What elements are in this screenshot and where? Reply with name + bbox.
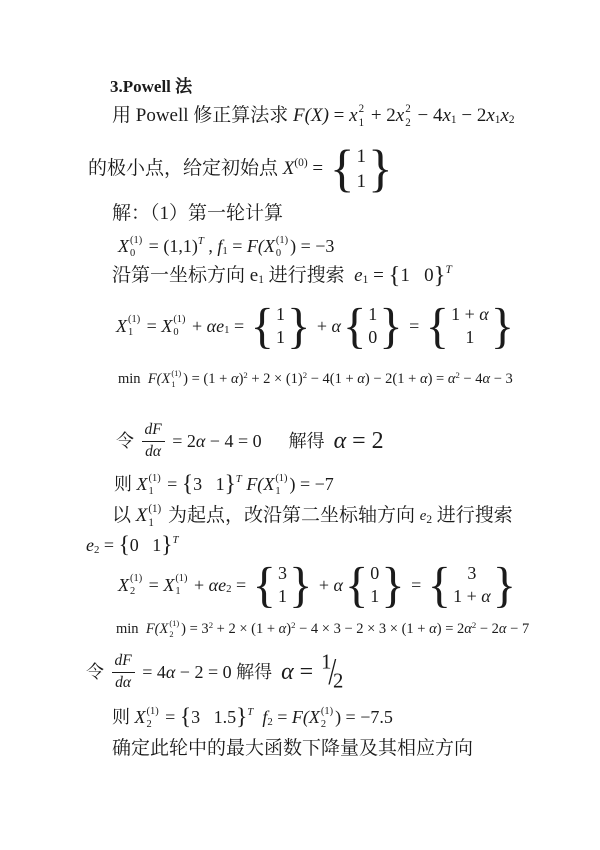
math-var: x — [349, 105, 357, 128]
superscript: 2 — [455, 370, 459, 380]
superscript: (1) — [128, 313, 140, 326]
transpose-superscript: T — [198, 235, 204, 248]
vector-values: 0 1 — [130, 535, 162, 557]
right-brace: } — [289, 562, 312, 609]
left-brace: { — [330, 145, 355, 195]
vector-entry: 0 — [368, 326, 377, 349]
sub-superscript: (1)2 — [130, 572, 142, 598]
math-var: F( — [146, 621, 160, 638]
right-brace: } — [379, 303, 402, 350]
subscript: 1 — [128, 326, 133, 339]
math-text: ) = — [428, 371, 448, 388]
right-brace: } — [491, 303, 514, 350]
vector-entries: 10 — [366, 303, 379, 350]
right-brace: } — [236, 706, 247, 729]
superscript: 2 — [291, 620, 295, 630]
math-var: X — [160, 621, 169, 638]
math-var: X — [136, 505, 148, 528]
transpose-superscript: T — [446, 264, 452, 278]
chinese-text: 则 — [112, 707, 135, 729]
sub-superscript: (1)1 — [128, 313, 140, 339]
math-var: x — [442, 105, 450, 128]
math-var: α — [333, 575, 342, 597]
chinese-text: 进行搜索 — [432, 505, 513, 528]
left-brace: { — [343, 303, 366, 350]
math-var: α — [448, 371, 456, 388]
sub-superscript: (1)0 — [130, 234, 142, 260]
initial-values-line: X(1)0 = (1,1)T , f1 = F(X(1)0) = −3 — [118, 234, 334, 260]
right-brace: } — [434, 264, 446, 289]
subscript: 2 — [169, 630, 173, 641]
subscript: 1 — [258, 274, 264, 288]
alpha-solve-2-line: 令 dFdα = 4α − 2 = 0 解得 α = 1/2 — [86, 650, 343, 695]
sub-superscript: (1)0 — [173, 313, 185, 339]
alpha-solve-1-line: 令 dFdα = 2α − 4 = 0 解得 α = 2 — [116, 420, 384, 463]
chinese-text: 为起点，改沿第二坐标轴方向 — [163, 505, 420, 528]
math-text — [253, 707, 262, 729]
math-var: α — [420, 371, 428, 388]
math-var: e — [86, 535, 94, 557]
math-text: + 2 — [366, 105, 396, 128]
math-var: α — [209, 575, 218, 597]
x1-result-line: 则 X(1)1 = {3 1}T F(X(1)1) = −7 — [114, 472, 334, 498]
vector-entries: 31 + α — [451, 562, 493, 609]
transpose-superscript: T — [236, 473, 242, 486]
math-text: = — [405, 316, 424, 338]
subscript: 2 — [426, 514, 432, 528]
x2-update-equation: X(1)2 = X(1)1 + αe2 = {31} + α{01} = {31… — [118, 562, 518, 609]
math-var: α — [482, 371, 490, 388]
derivative-fraction: dFdα — [112, 651, 135, 694]
derivative-fraction: dFdα — [142, 420, 165, 463]
vector-entry: 0 — [370, 562, 379, 585]
subscript: 1 — [224, 324, 229, 337]
subscript: 2 — [147, 718, 152, 731]
superscript: (1) — [130, 234, 142, 247]
superscript: (1) — [130, 572, 142, 585]
chinese-text: 的极小点，给定初始点 — [88, 158, 283, 181]
superscript: (1) — [147, 705, 159, 718]
math-text: − 3 — [490, 371, 513, 388]
math-var: α — [479, 303, 488, 326]
math-text: ) = 3 — [181, 621, 209, 638]
math-text: + — [314, 575, 333, 597]
math-var: F(X) — [293, 105, 329, 128]
left-brace: { — [426, 303, 449, 350]
math-text: = — [144, 575, 163, 597]
vector-values: 3 1 — [193, 474, 225, 496]
sub-superscript: (1)1 — [171, 369, 181, 390]
math-text: ) = −7.5 — [335, 707, 393, 729]
math-text: + — [312, 316, 331, 338]
subscript: 2 — [94, 544, 99, 557]
math-var: X — [264, 236, 275, 258]
math-var: X — [137, 474, 148, 496]
math-var: α — [331, 316, 340, 338]
math-var: x — [500, 105, 508, 128]
left-brace: { — [389, 264, 401, 289]
subscript: 1 — [275, 485, 280, 498]
left-brace: { — [345, 562, 368, 609]
math-text: + — [190, 575, 209, 597]
column-vector: {1 + α1} — [426, 303, 514, 350]
sub-superscript: (1)1 — [275, 472, 287, 498]
vector-entry: 3 — [467, 562, 476, 585]
right-brace: } — [287, 303, 310, 350]
math-var: α — [464, 621, 472, 638]
math-var: α — [334, 427, 347, 456]
vector-entry: 1 — [357, 145, 367, 170]
column-vector: {31 + α} — [428, 562, 516, 609]
superscript: (1) — [169, 619, 179, 630]
math-text: = — [308, 158, 328, 181]
superscript: (0) — [294, 157, 307, 171]
heading-text: 3.Powell 法 — [110, 77, 192, 97]
subscript: 0 — [276, 247, 281, 260]
initial-point-line: 的极小点，给定初始点 X(0) = {11} — [88, 145, 395, 194]
subscript: 0 — [130, 247, 135, 260]
problem-statement-line: 用 Powell 修正算法求 F(X) = x21 + 2x22 − 4x1 −… — [112, 103, 515, 131]
math-text: 1 + — [451, 303, 479, 326]
math-text: = — [407, 575, 426, 597]
vector-entry: 1 — [276, 303, 285, 326]
vector-values: 3 1.5 — [191, 707, 236, 729]
vector-entry: 1 — [357, 170, 367, 195]
math-var: X — [283, 158, 295, 181]
vector-entry: 1 — [370, 585, 379, 608]
math-text: − 4 × 3 − 2 × 3 × (1 + — [295, 621, 429, 638]
closing-text: 确定此轮中的最大函数下降量及其相应方向 — [112, 738, 473, 761]
math-var: e — [216, 316, 224, 338]
subscript: 2 — [130, 585, 135, 598]
search-direction-e1-line: 沿第一坐标方向 e1 进行搜索 e1 = {1 0}T — [112, 264, 452, 289]
vector-entries: 01 — [368, 562, 381, 609]
math-var: e — [354, 265, 362, 288]
math-text: = (1,1) — [144, 236, 198, 258]
math-text: + 2 × (1 + — [213, 621, 279, 638]
column-vector: {11} — [251, 303, 311, 350]
superscript: (1) — [149, 472, 161, 485]
math-text: − 2 — [457, 105, 487, 128]
subscript: 1 — [363, 274, 369, 288]
math-text: − 4(1 + — [307, 371, 357, 388]
subscript: 1 — [175, 585, 180, 598]
math-var: α — [281, 658, 294, 687]
math-var: F( — [148, 371, 162, 388]
solution-step-heading: 解：（1）第一轮计算 — [112, 203, 283, 226]
subscript: 2 — [509, 114, 515, 128]
transpose-superscript: T — [247, 706, 253, 719]
math-var: X — [118, 575, 129, 597]
denominator: dα — [143, 442, 163, 463]
subscript: 1 — [359, 117, 365, 131]
column-vector: {10} — [343, 303, 403, 350]
transpose-superscript: T — [173, 534, 179, 547]
subscript: 2 — [321, 718, 326, 731]
subscript: 1 — [171, 380, 175, 391]
right-brace: } — [368, 145, 393, 195]
subscript: 1 — [149, 485, 154, 498]
numerator: dF — [112, 651, 135, 673]
math-var: α — [499, 621, 507, 638]
math-var: α — [429, 621, 437, 638]
math-text: ) − 2(1 + — [365, 371, 420, 388]
left-brace: { — [119, 534, 130, 557]
right-brace: } — [381, 562, 404, 609]
math-text: = — [228, 236, 247, 258]
superscript: (1) — [275, 472, 287, 485]
math-text: + — [188, 316, 207, 338]
math-text: = — [99, 535, 118, 557]
math-text: , — [204, 236, 218, 258]
math-text: min — [116, 621, 146, 638]
column-vector: {31} — [253, 562, 313, 609]
chinese-text: 令 — [116, 431, 139, 453]
left-brace: { — [253, 562, 276, 609]
math-var: e — [420, 508, 427, 526]
min-f-x1-equation: min F(X(1)1) = (1 + α)2 + 2 × (1)2 − 4(1… — [118, 369, 513, 390]
math-var: e — [218, 575, 226, 597]
math-var: F( — [246, 474, 263, 496]
math-var: α — [196, 431, 205, 453]
math-text: = — [294, 658, 319, 687]
x1-update-equation: X(1)1 = X(1)0 + αe1 = {11} + α{10} = {1 … — [116, 303, 516, 350]
math-var: X — [161, 316, 172, 338]
math-var: X — [163, 575, 174, 597]
superscript: 2 — [209, 620, 213, 630]
math-text: = 4 — [138, 662, 166, 684]
left-brace: { — [180, 706, 191, 729]
math-var: x — [396, 105, 404, 128]
superscript: 2 — [243, 370, 247, 380]
math-var: F( — [292, 707, 309, 729]
superscript: 2 — [303, 370, 307, 380]
superscript: (1) — [173, 313, 185, 326]
math-text: e — [250, 265, 258, 288]
vector-entry: 1 — [276, 326, 285, 349]
column-vector: {01} — [345, 562, 405, 609]
chinese-text: 确定此轮中的最大函数下降量及其相应方向 — [112, 738, 473, 761]
superscript: (1) — [148, 503, 161, 517]
math-var: α — [207, 316, 216, 338]
min-f-x2-equation: min F(X(1)2) = 32 + 2 × (1 + α)2 − 4 × 3… — [116, 619, 529, 640]
sub-superscript: (1)1 — [175, 572, 187, 598]
math-var: X — [263, 474, 274, 496]
vector-entries: 1 + α1 — [449, 303, 491, 350]
sub-superscript: (1)2 — [321, 705, 333, 731]
vector-values: 1 0 — [400, 265, 433, 288]
math-text: − 2 — [476, 621, 499, 638]
vector-entry: 1 — [465, 326, 474, 349]
superscript: (1) — [276, 234, 288, 247]
math-text: ) = 2 — [437, 621, 465, 638]
math-text: − 2 = 0 — [175, 662, 236, 684]
math-text: − 4 — [460, 371, 483, 388]
math-var: X — [162, 371, 171, 388]
math-var: α — [357, 371, 365, 388]
superscript: (1) — [171, 369, 181, 380]
superscript: (1) — [321, 705, 333, 718]
math-text: ) = (1 + — [183, 371, 231, 388]
math-var: X — [135, 707, 146, 729]
section-heading: 3.Powell 法 — [110, 77, 192, 97]
math-text: = — [142, 316, 161, 338]
subscript: 2 — [267, 716, 272, 729]
math-text: = — [230, 316, 249, 338]
vector-entries: 11 — [274, 303, 287, 350]
subscript: 2 — [405, 117, 411, 131]
column-vector: {11} — [330, 145, 393, 194]
math-var: α — [481, 585, 490, 608]
vector-entry: 1 + α — [453, 585, 491, 608]
chinese-text: 用 Powell 修正算法求 — [112, 105, 293, 128]
math-var: α — [279, 621, 287, 638]
one-half-fraction: 1/2 — [321, 650, 343, 695]
vector-entry: 1 — [368, 303, 377, 326]
chinese-text: 以 — [112, 505, 136, 528]
subscript: 1 — [495, 114, 501, 128]
superscript: 2 — [472, 620, 476, 630]
vector-entries: 11 — [355, 145, 369, 194]
sub-superscript: 21 — [359, 103, 365, 131]
x2-result-line: 则 X(1)2 = {3 1.5}T f2 = F(X(1)2) = −7.5 — [112, 705, 393, 731]
left-brace: { — [251, 303, 274, 350]
subscript: 1 — [222, 245, 227, 258]
math-text: = 2 — [168, 431, 196, 453]
right-brace: } — [225, 473, 236, 496]
math-text: min — [118, 371, 148, 388]
math-text: + 2 × (1) — [248, 371, 303, 388]
chinese-text: 沿第一坐标方向 — [112, 265, 250, 288]
math-var: x — [486, 105, 494, 128]
math-var: X — [116, 316, 127, 338]
math-text: = — [329, 105, 349, 128]
superscript: (1) — [175, 572, 187, 585]
subscript: 1 — [148, 517, 154, 531]
second-direction-text: 以 X(1)1 为起点，改沿第二坐标轴方向 e2 进行搜索 — [112, 503, 513, 531]
math-text: 1 + — [453, 585, 481, 608]
chinese-text: 解得 — [236, 662, 281, 684]
superscript: 2 — [405, 103, 411, 117]
math-text: ) = −7 — [289, 474, 333, 496]
math-text: = — [368, 265, 388, 288]
math-text: − 7 — [507, 621, 530, 638]
math-text: = — [273, 707, 292, 729]
math-var: X — [309, 707, 320, 729]
denominator: 2 — [333, 670, 343, 695]
math-text: = — [163, 474, 182, 496]
vector-entry: 3 — [278, 562, 287, 585]
chinese-text: 令 — [86, 662, 109, 684]
math-text: = — [232, 575, 251, 597]
vector-entries: 31 — [276, 562, 289, 609]
math-var: α — [231, 371, 239, 388]
denominator: dα — [113, 673, 133, 694]
left-brace: { — [428, 562, 451, 609]
sub-superscript: (1)2 — [169, 619, 179, 640]
math-text: − 4 = 0 — [205, 431, 261, 453]
right-brace: } — [493, 562, 516, 609]
e2-definition-line: e2 = {0 1}T — [86, 534, 179, 557]
chinese-text: 解：（1）第一轮计算 — [112, 203, 283, 226]
right-brace: } — [161, 534, 172, 557]
document-page: 3.Powell 法 用 Powell 修正算法求 F(X) = x21 + 2… — [0, 0, 600, 850]
chinese-text: 解得 — [262, 431, 334, 453]
sub-superscript: 22 — [405, 103, 411, 131]
superscript: 2 — [359, 103, 365, 117]
vector-entry: 1 — [278, 585, 287, 608]
math-text: = 2 — [346, 427, 383, 456]
math-text: − 4 — [413, 105, 443, 128]
sub-superscript: (1)2 — [147, 705, 159, 731]
subscript: 0 — [173, 326, 178, 339]
chinese-text: 进行搜索 — [264, 265, 354, 288]
math-text: = — [161, 707, 180, 729]
sub-superscript: (1)1 — [148, 503, 161, 531]
math-text: ) = −3 — [290, 236, 334, 258]
sub-superscript: (1)1 — [149, 472, 161, 498]
numerator: dF — [142, 420, 165, 442]
vector-entry: 1 + α — [451, 303, 489, 326]
sub-superscript: (1)0 — [276, 234, 288, 260]
subscript: 1 — [451, 114, 457, 128]
chinese-text: 则 — [114, 474, 137, 496]
math-var: α — [166, 662, 175, 684]
math-var: F( — [247, 236, 264, 258]
subscript: 2 — [226, 583, 231, 596]
math-var: X — [118, 236, 129, 258]
left-brace: { — [182, 473, 193, 496]
